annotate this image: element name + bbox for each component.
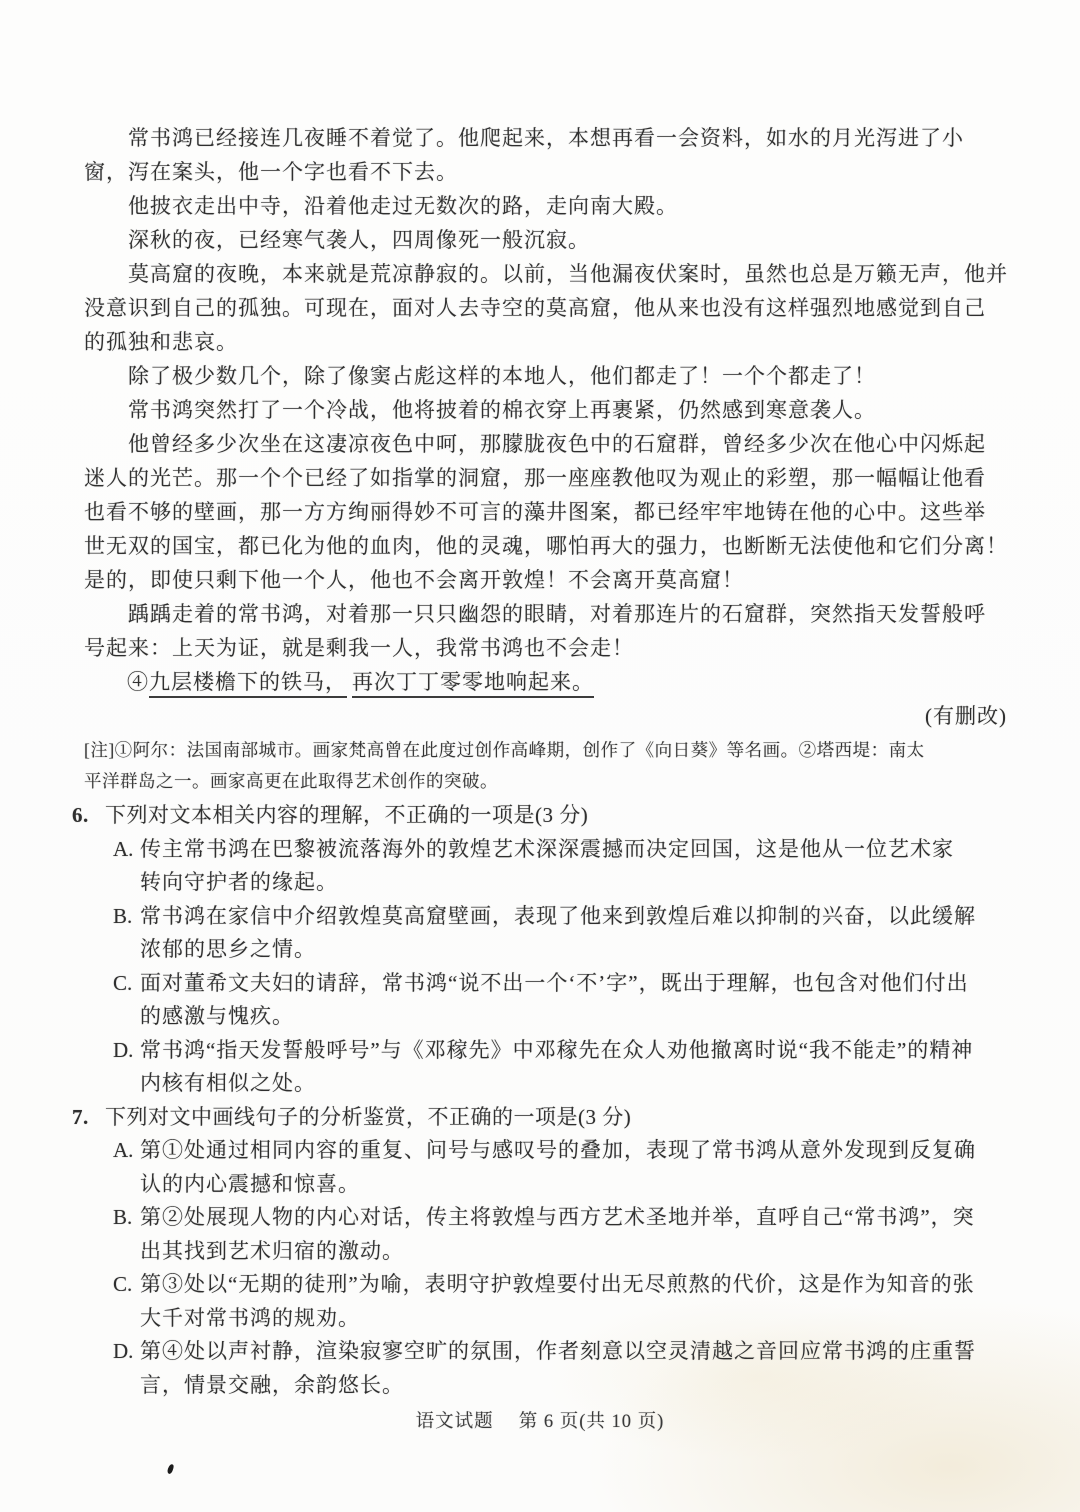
page-footer-text: 语文试题 第 6 页(共 10 页) [416, 1412, 665, 1432]
passage-line: 也看不够的壁画，那一方方绚丽得妙不可言的藻井图案，都已经牢牢地铸在他的心中。这些… [84, 495, 1019, 529]
option-label: A. [113, 833, 140, 900]
edited-note: (有删改) [84, 699, 1019, 733]
question-6-stem: 6.下列对文本相关内容的理解，不正确的一项是(3 分) [72, 799, 1010, 833]
exam-paper-page: 常书鸿已经接连几夜睡不着觉了。他爬起来，本想再看一会资料，如水的月光泻进了小 窗… [0, 0, 1080, 1512]
passage-line: 他披衣走出中寺，沿着他走过无数次的路，走向南大殿。 [84, 189, 1019, 223]
option-text-line: 面对董希文夫妇的请辞，常书鸿“说不出一个‘不’字”，既出于理解，也包含对他们付出 [140, 967, 969, 1001]
passage-line: 深秋的夜，已经寒气袭人，四周像死一般沉寂。 [84, 223, 1019, 257]
option-text-line: 第③处以“无期的徒刑”为喻，表明守护敦煌要付出无尽煎熬的代价，这是作为知音的张 [140, 1268, 975, 1302]
passage-line: 常书鸿已经接连几夜睡不着觉了。他爬起来，本想再看一会资料，如水的月光泻进了小 [84, 121, 1019, 155]
option-text-line: 传主常书鸿在巴黎被流落海外的敦煌艺术深深震撼而决定回国，这是他从一位艺术家 [140, 833, 954, 867]
underlined-segment: 再次丁丁零零地响起来。 [352, 670, 594, 698]
underlined-sentence-4: ④九层楼檐下的铁马，再次丁丁零零地响起来。 [84, 665, 1019, 699]
passage-line: 他曾经多少次坐在这凄凉夜色中呵，那朦胧夜色中的石窟群，曾经多少次在他心中闪烁起 [84, 427, 1019, 461]
passage-line: 莫高窟的夜晚，本来就是荒凉静寂的。以前，当他漏夜伏案时，虽然也总是万籁无声，他并 [84, 257, 1019, 291]
question-6-option-d: D.常书鸿“指天发誓般呼号”与《邓稼先》中邓稼先在众人劝他撤离时说“我不能走”的… [113, 1034, 1010, 1101]
option-text-line: 内核有相似之处。 [140, 1067, 973, 1101]
question-number: 7. [72, 1101, 105, 1135]
passage-line: 没意识到自己的孤独。可现在，面对人去寺空的莫高窟，他从来也没有这样强烈地感觉到自… [84, 291, 1019, 325]
option-label: D. [113, 1034, 140, 1101]
question-7-stem: 7.下列对文中画线句子的分析鉴赏，不正确的一项是(3 分) [72, 1101, 1010, 1135]
option-text-line: 转向守护者的缘起。 [140, 866, 954, 900]
questions-section: 6.下列对文本相关内容的理解，不正确的一项是(3 分) A.传主常书鸿在巴黎被流… [84, 799, 1010, 1402]
option-text-line: 言，情景交融，余韵悠长。 [140, 1369, 976, 1403]
option-label: D. [113, 1335, 140, 1402]
option-text-line: 常书鸿在家信中介绍敦煌莫高窟壁画，表现了他来到敦煌后难以抑制的兴奋，以此缓解 [140, 900, 976, 934]
option-label: C. [113, 967, 140, 1034]
question-7: 7.下列对文中画线句子的分析鉴赏，不正确的一项是(3 分) A.第①处通过相同内… [72, 1101, 1010, 1403]
passage-line: 常书鸿突然打了一个冷战，他将披着的棉衣穿上再裹紧，仍然感到寒意袭人。 [84, 393, 1019, 427]
passage-line: 除了极少数几个，除了像窦占彪这样的本地人，他们都走了！一个个都走了！ [84, 359, 1019, 393]
option-text-line: 第②处展现人物的内心对话，传主将敦煌与西方艺术圣地并举，直呼自己“常书鸿”，突 [140, 1201, 975, 1235]
passage-line: 踽踽走着的常书鸿，对着那一只只幽怨的眼睛，对着那连片的石窟群，突然指天发誓般呼 [84, 597, 1019, 631]
footnote-line: 平洋群岛之一。画家高更在此取得艺术创作的突破。 [84, 766, 1019, 797]
question-6-option-a: A.传主常书鸿在巴黎被流落海外的敦煌艺术深深震撼而决定回国，这是他从一位艺术家转… [113, 833, 1010, 900]
question-stem-text: 下列对文中画线句子的分析鉴赏，不正确的一项是(3 分) [105, 1101, 631, 1135]
option-label: C. [113, 1268, 140, 1335]
passage-line: 世无双的国宝，都已化为他的血肉，他的灵魂，哪怕再大的强力，也断断无法使他和它们分… [84, 529, 1019, 563]
passage-section: 常书鸿已经接连几夜睡不着觉了。他爬起来，本想再看一会资料，如水的月光泻进了小 窗… [84, 121, 1019, 733]
question-number: 6. [72, 799, 105, 833]
underlined-segment: 九层楼檐下的铁马， [149, 670, 347, 698]
option-text-line: 的感激与愧疚。 [140, 1000, 969, 1034]
option-text-line: 浓郁的思乡之情。 [140, 933, 976, 967]
ink-speck-artifact [167, 1463, 175, 1474]
question-7-option-a: A.第①处通过相同内容的重复、问号与感叹号的叠加，表现了常书鸿从意外发现到反复确… [113, 1134, 1010, 1201]
question-6-option-b: B.常书鸿在家信中介绍敦煌莫高窟壁画，表现了他来到敦煌后难以抑制的兴奋，以此缓解… [113, 900, 1010, 967]
option-text-line: 出其找到艺术归宿的激动。 [140, 1235, 975, 1269]
option-label: B. [113, 900, 140, 967]
footnote-line: [注]①阿尔：法国南部城市。画家梵高曾在此度过创作高峰期，创作了《向日葵》等名画… [84, 735, 1019, 766]
passage-line: 迷人的光芒。那一个个已经了如指掌的洞窟，那一座座教他叹为观止的彩塑，那一幅幅让他… [84, 461, 1019, 495]
passage-line: 窗，泻在案头，他一个字也看不下去。 [84, 155, 1019, 189]
page-footer: 语文试题 第 6 页(共 10 页) [70, 1407, 1010, 1437]
question-7-option-b: B.第②处展现人物的内心对话，传主将敦煌与西方艺术圣地并举，直呼自己“常书鸿”，… [113, 1201, 1010, 1268]
passage-line: 号起来：上天为证，就是剩我一人，我常书鸿也不会走！ [84, 631, 1019, 665]
question-stem-text: 下列对文本相关内容的理解，不正确的一项是(3 分) [105, 799, 588, 833]
footnotes-section: [注]①阿尔：法国南部城市。画家梵高曾在此度过创作高峰期，创作了《向日葵》等名画… [84, 735, 1019, 797]
option-label: B. [113, 1201, 140, 1268]
passage-line: 的孤独和悲哀。 [84, 325, 1019, 359]
question-6: 6.下列对文本相关内容的理解，不正确的一项是(3 分) A.传主常书鸿在巴黎被流… [72, 799, 1010, 1101]
passage-line: 是的，即使只剩下他一个人，他也不会离开敦煌！不会离开莫高窟！ [84, 563, 1019, 597]
option-text-line: 认的内心震撼和惊喜。 [140, 1168, 976, 1202]
option-text-line: 第①处通过相同内容的重复、问号与感叹号的叠加，表现了常书鸿从意外发现到反复确 [140, 1134, 976, 1168]
question-6-option-c: C.面对董希文夫妇的请辞，常书鸿“说不出一个‘不’字”，既出于理解，也包含对他们… [113, 967, 1010, 1034]
question-7-option-d: D.第④处以声衬静，渲染寂寥空旷的氛围，作者刻意以空灵清越之音回应常书鸿的庄重誓… [113, 1335, 1010, 1402]
circled-4-marker: ④ [127, 670, 149, 694]
option-text-line: 第④处以声衬静，渲染寂寥空旷的氛围，作者刻意以空灵清越之音回应常书鸿的庄重誓 [140, 1335, 976, 1369]
option-text-line: 大千对常书鸿的规劝。 [140, 1302, 975, 1336]
question-7-option-c: C.第③处以“无期的徒刑”为喻，表明守护敦煌要付出无尽煎熬的代价，这是作为知音的… [113, 1268, 1010, 1335]
option-text-line: 常书鸿“指天发誓般呼号”与《邓稼先》中邓稼先在众人劝他撤离时说“我不能走”的精神 [140, 1034, 973, 1068]
option-label: A. [113, 1134, 140, 1201]
